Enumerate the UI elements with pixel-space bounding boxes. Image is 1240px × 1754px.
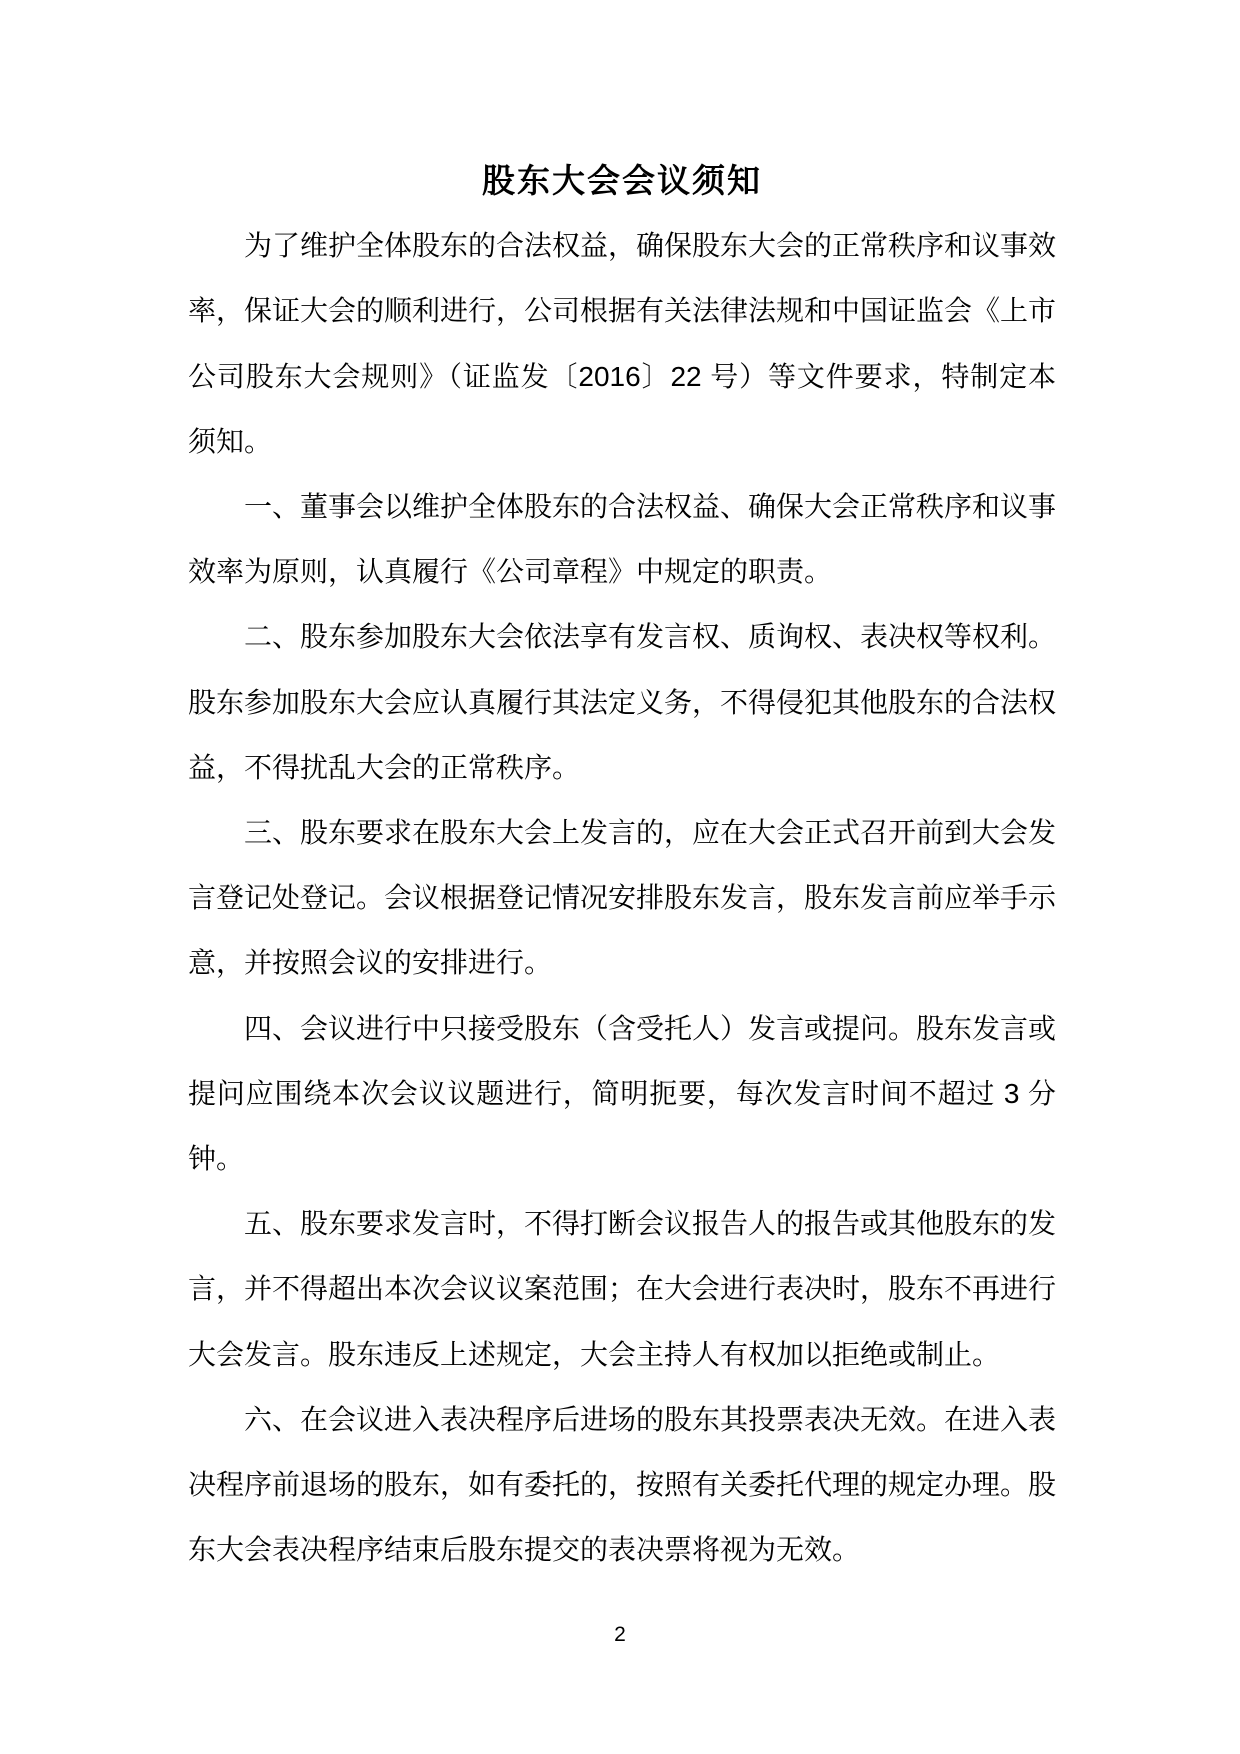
paragraph-item-2: 二、股东参加股东大会依法享有发言权、质询权、表决权等权利。股东参加股东大会应认真… (188, 604, 1056, 800)
document-page: 股东大会会议须知 为了维护全体股东的合法权益，确保股东大会的正常秩序和议事效率，… (0, 0, 1240, 1754)
paragraph-item-5: 五、股东要求发言时，不得打断会议报告人的报告或其他股东的发言，并不得超出本次会议… (188, 1191, 1056, 1387)
paragraph-item-6: 六、在会议进入表决程序后进场的股东其投票表决无效。在进入表决程序前退场的股东，如… (188, 1387, 1056, 1583)
page-number: 2 (0, 1622, 1240, 1648)
paragraph-item-3: 三、股东要求在股东大会上发言的，应在大会正式召开前到大会发言登记处登记。会议根据… (188, 800, 1056, 996)
document-content: 股东大会会议须知 为了维护全体股东的合法权益，确保股东大会的正常秩序和议事效率，… (188, 148, 1056, 1582)
paragraph-intro: 为了维护全体股东的合法权益，确保股东大会的正常秩序和议事效率，保证大会的顺利进行… (188, 213, 1056, 474)
paragraph-item-1: 一、董事会以维护全体股东的合法权益、确保大会正常秩序和议事效率为原则，认真履行《… (188, 474, 1056, 604)
page-title: 股东大会会议须知 (188, 148, 1056, 213)
paragraph-item-4: 四、会议进行中只接受股东（含受托人）发言或提问。股东发言或提问应围绕本次会议议题… (188, 996, 1056, 1192)
